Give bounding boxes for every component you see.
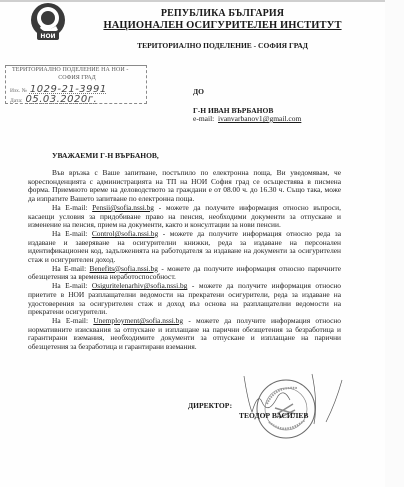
email-link-unemployment[interactable]: Unemployment@sofia.nssi.bg: [93, 316, 183, 325]
page-right-margin: [385, 0, 404, 487]
stamp-date-label: Дата:: [10, 98, 23, 104]
stamp-line2: СОФИЯ ГРАД: [6, 75, 148, 81]
addressee-email-label: e-mail:: [193, 114, 214, 123]
email-prefix: На E-mail:: [52, 229, 92, 238]
scanned-letter-page: НОИ РЕПУБЛИКА БЪЛГАРИЯ НАЦИОНАЛЕН ОСИГУР…: [0, 0, 404, 487]
email-prefix: На E-mail:: [52, 281, 92, 290]
signatory-title: ДИРЕКТОР:: [188, 401, 232, 410]
addressee-email-link[interactable]: ivanvarbanov1@gmail.com: [218, 114, 301, 123]
noi-logo-icon: НОИ: [28, 2, 68, 42]
paragraph-control: На E-mail: Control@sofia.nssi.bg - может…: [28, 230, 341, 265]
paragraph-archive: На E-mail: Osiguritelenarhiv@sofia.nssi.…: [28, 282, 341, 317]
stamp-date-value: 05.03.2020г.: [26, 94, 98, 105]
svg-text:НОИ: НОИ: [40, 33, 55, 40]
stamp-line1: ТЕРИТОРИАЛНО ПОДЕЛЕНИЕ НА НОИ -: [12, 67, 129, 73]
salutation: УВАЖАЕМИ Г-Н ВЪРБАНОВ,: [52, 151, 159, 160]
registration-stamp: ТЕРИТОРИАЛНО ПОДЕЛЕНИЕ НА НОИ - СОФИЯ ГР…: [5, 65, 147, 104]
email-link-benefits[interactable]: Benefits@sofia.nssi.bg: [90, 264, 158, 273]
email-prefix: На E-mail:: [52, 316, 93, 325]
email-link-control[interactable]: Control@sofia.nssi.bg: [92, 229, 158, 238]
addressee-to-label: ДО: [193, 87, 204, 96]
stamp-date-row: Дата:05.03.2020г.: [10, 94, 97, 105]
addressee-email-line: e-mail: ivanvarbanov1@gmail.com: [193, 114, 301, 123]
header-division: ТЕРИТОРИАЛНО ПОДЕЛЕНИЕ - СОФИЯ ГРАД: [100, 41, 345, 50]
header-country: РЕПУБЛИКА БЪЛГАРИЯ: [100, 8, 345, 19]
paragraph-pensions: На E-mail: Pensii@sofia.nssi.bg - можете…: [28, 204, 341, 230]
paragraph-unemployment: На E-mail: Unemployment@sofia.nssi.bg - …: [28, 317, 341, 352]
email-prefix: На E-mail:: [52, 203, 92, 212]
signature-icon: [238, 372, 348, 432]
signatory-name: ТЕОДОР ВАСИЛЕВ: [239, 411, 308, 420]
email-link-pensii[interactable]: Pensii@sofia.nssi.bg: [92, 203, 154, 212]
header-institution: НАЦИОНАЛЕН ОСИГУРИТЕЛЕН ИНСТИТУТ: [100, 20, 345, 31]
email-link-osiguritelenarhiv[interactable]: Osiguritelenarhiv@sofia.nssi.bg: [92, 281, 187, 290]
paragraph-intro: Във връзка с Ваше запитване, постъпило п…: [28, 169, 341, 204]
paragraph-benefits: На E-mail: Benefits@sofia.nssi.bg - може…: [28, 265, 341, 282]
letter-body: Във връзка с Ваше запитване, постъпило п…: [28, 169, 341, 352]
email-prefix: На E-mail:: [52, 264, 90, 273]
